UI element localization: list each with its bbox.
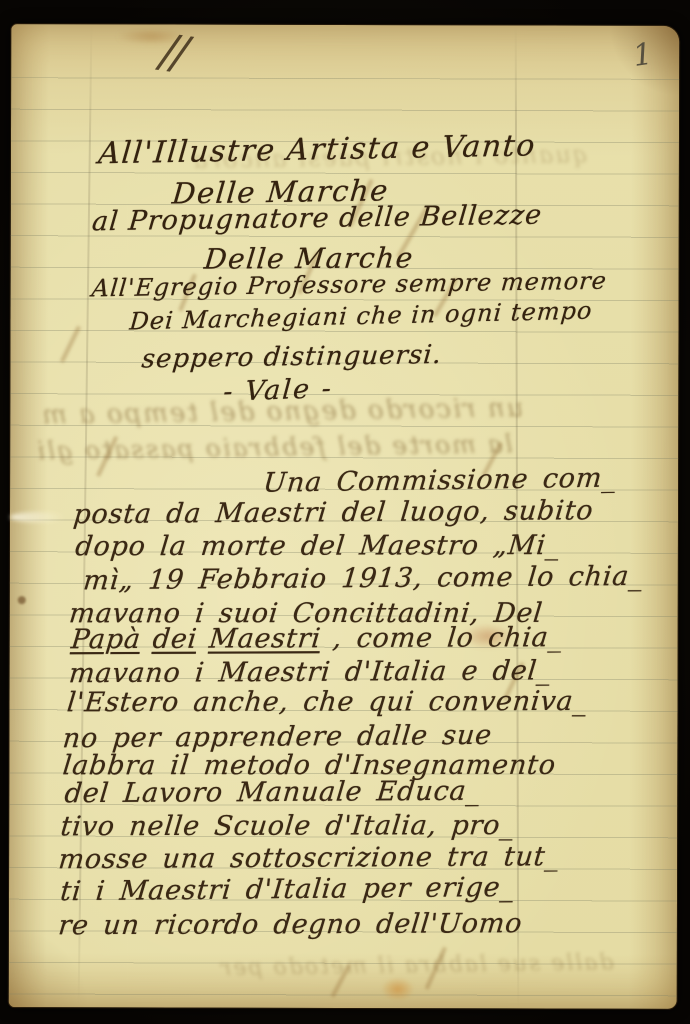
bleedthrough-text: la morte del febbraio passato gli: [35, 429, 513, 465]
dedication-line: Dei Marchegiani che in ogni tempo: [128, 297, 593, 336]
ghost-stroke: [425, 946, 447, 990]
dedication-salutation: - Vale -: [222, 373, 334, 407]
manuscript-line: Una Commissione com_: [262, 463, 618, 499]
manuscript-line: ti i Maestri d'Italia per erige_: [59, 872, 516, 907]
ghost-stroke: [331, 964, 352, 998]
manuscript-line: mì„ 19 Febbraio 1913, come lo chia_: [82, 561, 645, 596]
manuscript-line: mosse una sottoscrizione tra tut_: [57, 841, 561, 875]
manuscript-line: mavano i Maestri d'Italia e del_: [68, 655, 553, 689]
dedication-line: All'Egregio Professore sempre memore: [91, 267, 609, 303]
manuscript-line: tivo nelle Scuole d'Italia, pro_: [59, 810, 516, 842]
manuscript-line: del Lavoro Manuale Educa_: [63, 776, 482, 810]
manuscript-page: un ricordo degno del tempo a m la morte …: [9, 24, 680, 1009]
ghost-stroke: [60, 325, 81, 363]
underlined-word: dei: [151, 624, 198, 655]
manuscript-line: posta da Maestri del luogo, subito: [72, 495, 595, 530]
underlined-word: Maestri: [208, 623, 323, 654]
ink-slash-mark: //: [158, 23, 188, 80]
orange-stain: [381, 977, 415, 1001]
bleedthrough-text: dalle sue labbra il metodo per: [219, 950, 614, 981]
manuscript-line: dopo la morte del Maestro „Mi_: [74, 530, 562, 562]
ghost-stroke: [96, 436, 118, 478]
dedication-line: al Propugnatore delle Bellezze: [91, 200, 544, 238]
photo-frame: un ricordo degno del tempo a m la morte …: [0, 0, 690, 1024]
line-tail: , come lo chia_: [331, 622, 564, 654]
crease-highlight: [10, 512, 65, 522]
dedication-line: All'Illustre Artista e Vanto: [97, 128, 538, 171]
dedication-line: seppero distinguersi.: [140, 340, 443, 374]
manuscript-line-underlined: PapàdeiMaestri, come lo chia_: [70, 622, 565, 655]
page-number: 1: [631, 37, 655, 74]
manuscript-line: re un ricordo degno dell'Uomo: [57, 908, 524, 941]
ink-speck: [18, 596, 26, 604]
manuscript-line: l'Estero anche, che qui conveniva_: [65, 686, 589, 718]
underlined-word: Papà: [70, 624, 143, 655]
